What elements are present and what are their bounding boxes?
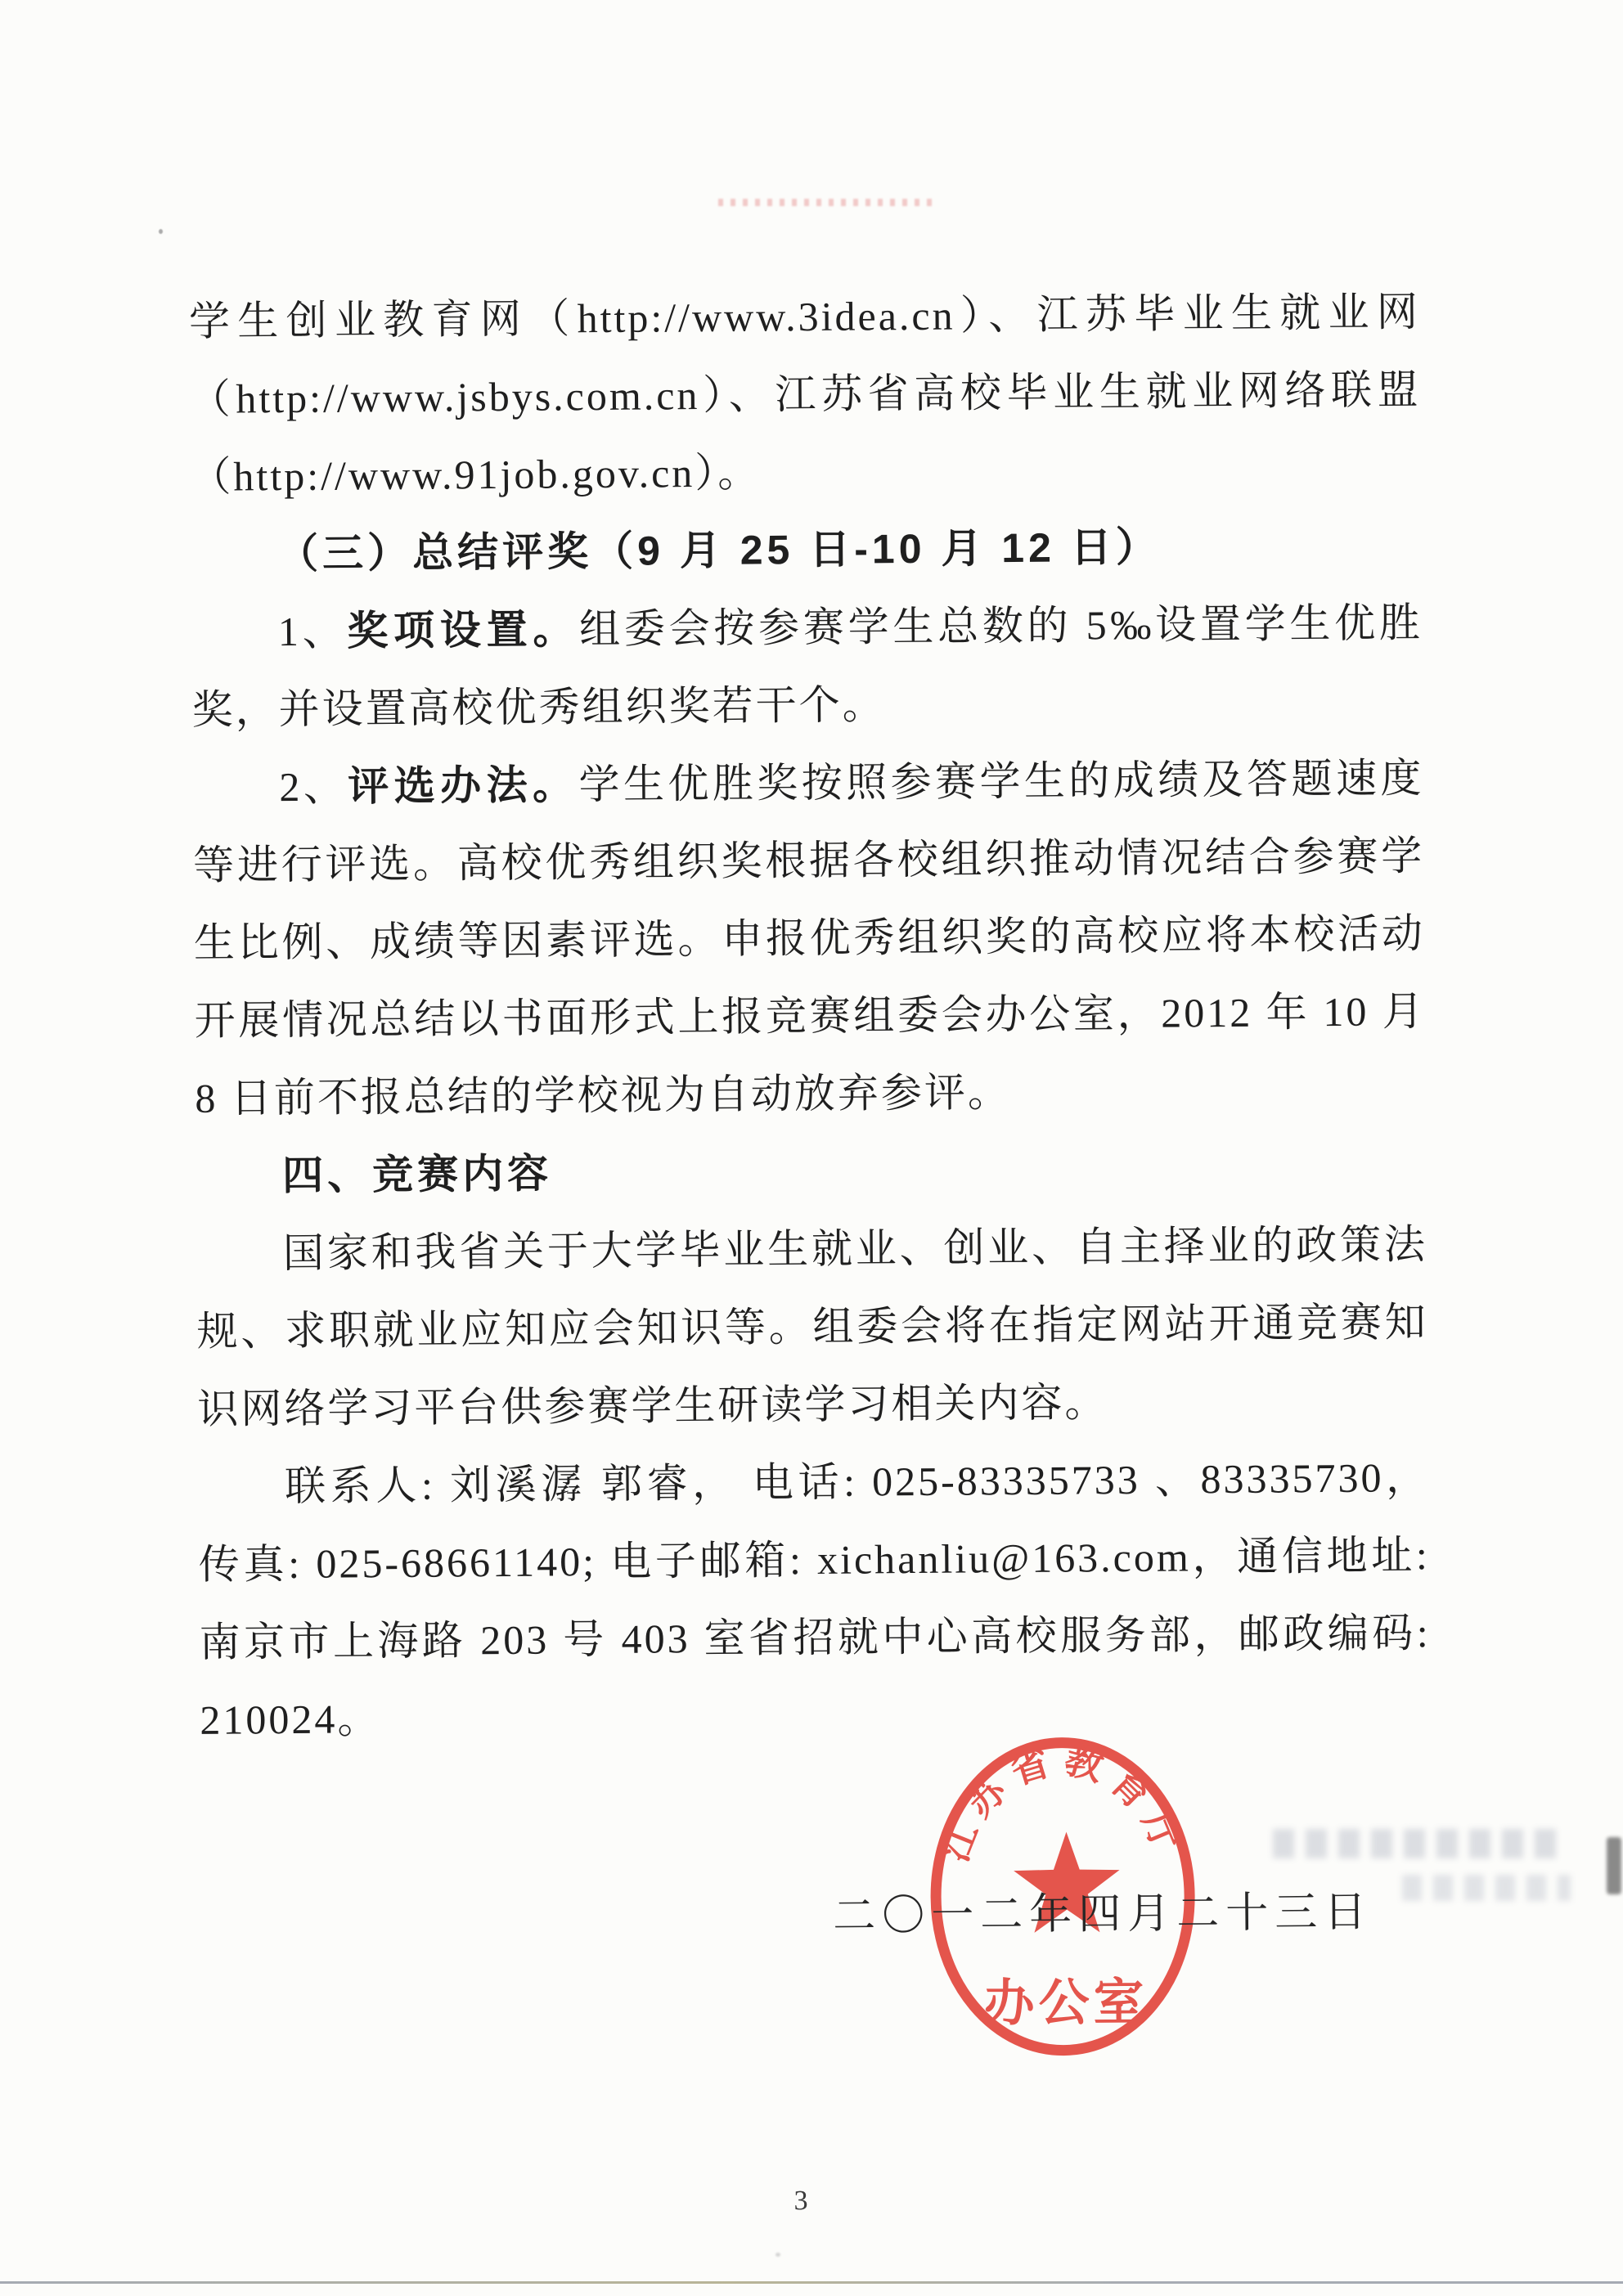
text-line: 学生创业教育网（http://www.3idea.cn）、江苏毕业生就业网 <box>189 273 1421 361</box>
text-line: 生比例、成绩等因素评选。申报优秀组织奖的高校应将本校活动 <box>194 895 1426 982</box>
seal-bottom-text: 办公室 <box>983 1975 1149 2033</box>
emphasis-text: 评选办法。 <box>348 762 579 809</box>
text-line: 规、求职就业应知应会知识等。组委会将在指定网站开通竞赛知 <box>196 1283 1428 1371</box>
text-line: （http://www.91job.gov.cn）。 <box>190 429 1422 516</box>
text-line: 1、奖项设置。组委会按参赛学生总数的 5‰设置学生优胜 <box>191 584 1423 672</box>
emphasis-text: 奖项设置。 <box>347 606 579 654</box>
text-line: 8 日前不报总结的学校视为自动放弃参评。 <box>195 1050 1427 1138</box>
body-text: 组委会按参赛学生总数的 5‰设置学生优胜 <box>579 600 1423 652</box>
postal-code-line: 210024。 <box>200 1672 1432 1759</box>
page-number: 3 <box>744 2186 858 2217</box>
section-heading: 四、竞赛内容 <box>196 1128 1427 1215</box>
text-line: 开展情况总结以书面形式上报竞赛组委会办公室，2012 年 10 月 <box>194 973 1426 1060</box>
document-body: 学生创业教育网（http://www.3idea.cn）、江苏毕业生就业网 （h… <box>189 273 1432 1759</box>
scanned-document-page: 学生创业教育网（http://www.3idea.cn）、江苏毕业生就业网 （h… <box>0 0 1623 2296</box>
list-number: 2、 <box>279 763 348 810</box>
text-line: 2、评选办法。学生优胜奖按照参赛学生的成绩及答题速度 <box>192 739 1424 827</box>
contact-line: 传真: 025-68661140; 电子邮箱: xichanliu@163.co… <box>199 1516 1431 1604</box>
document-date: 二〇一二年四月二十三日 <box>833 1877 1373 1943</box>
body-text: 学生优胜奖按照参赛学生的成绩及答题速度 <box>578 755 1423 807</box>
section-heading: （三）总结评奖（9 月 25 日-10 月 12 日） <box>191 506 1423 594</box>
text-line: 识网络学习平台供参赛学生研读学习相关内容。 <box>197 1361 1429 1449</box>
list-number: 1、 <box>278 608 348 654</box>
text-line: 国家和我省关于大学毕业生就业、创业、自主择业的政策法 <box>196 1206 1428 1293</box>
contact-line: 联系人: 刘溪潺 郭睿， 电话: 025-83335733 、83335730， <box>198 1439 1430 1526</box>
text-line: （http://www.jsbys.com.cn）、江苏省高校毕业生就业网络联盟 <box>189 351 1421 438</box>
contact-line: 南京市上海路 203 号 403 室省招就中心高校服务部，邮政编码: <box>199 1594 1431 1682</box>
text-line: 等进行评选。高校优秀组织奖根据各校组织推动情况结合参赛学 <box>193 817 1425 905</box>
text-line: 奖，并设置高校优秀组织奖若干个。 <box>191 662 1423 749</box>
